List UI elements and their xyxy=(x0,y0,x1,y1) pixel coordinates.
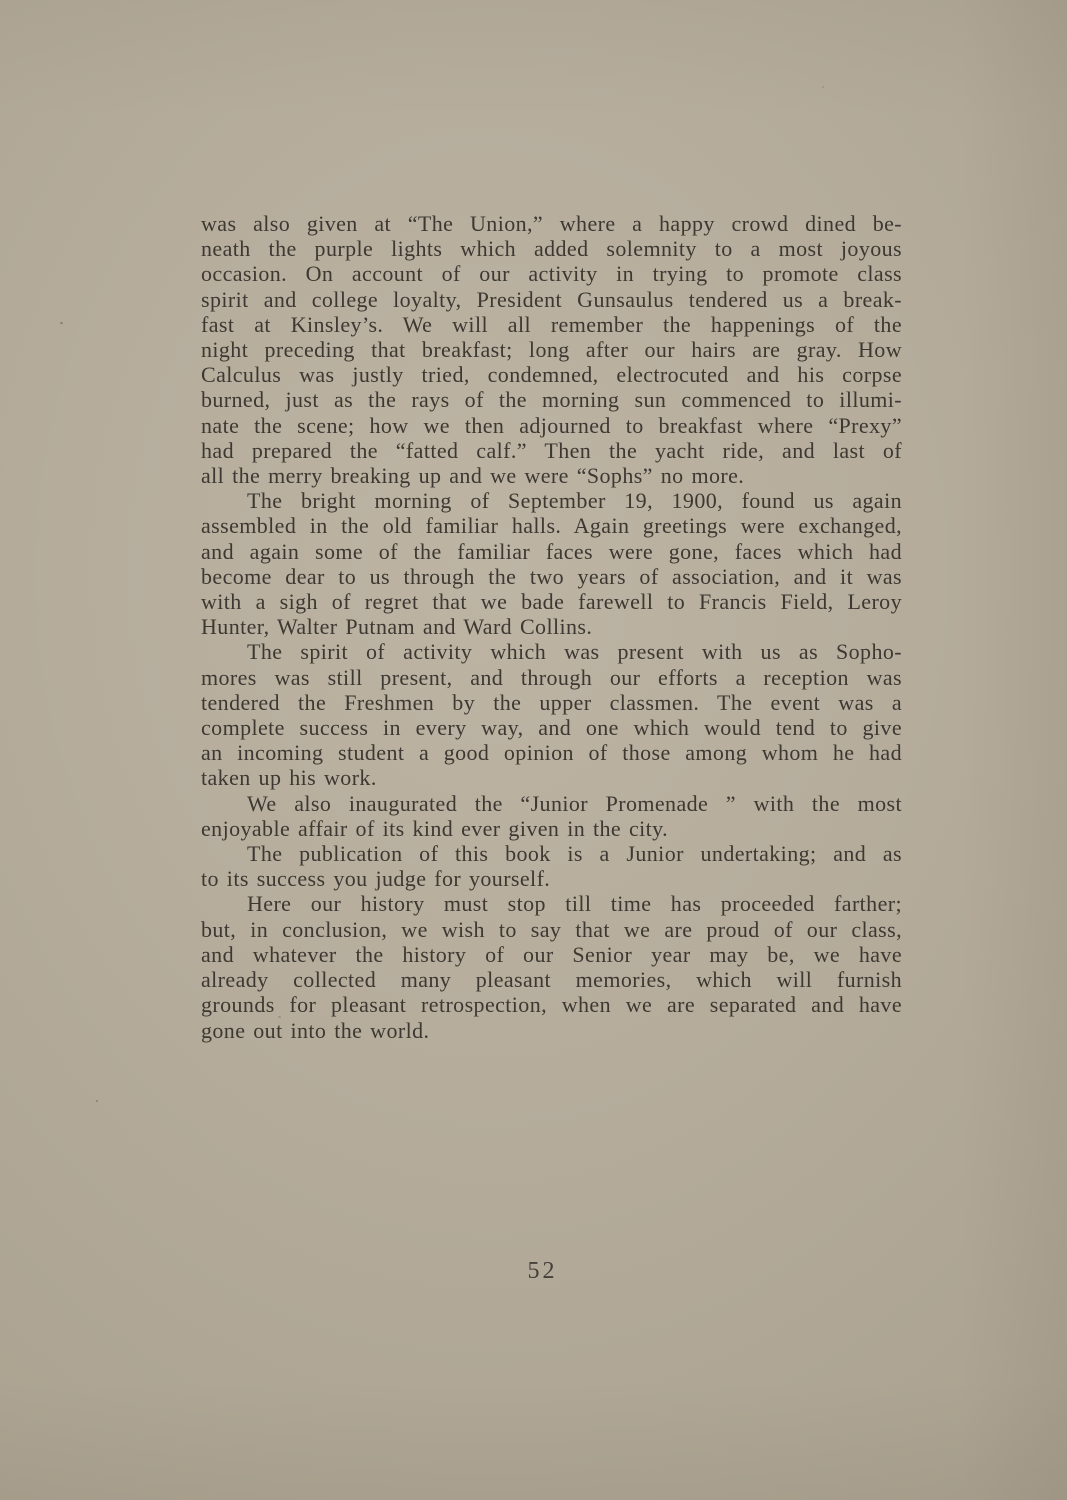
text-line: enjoyable affair of its kind ever given … xyxy=(201,816,902,841)
page-number-value: 52 xyxy=(528,1258,558,1284)
paragraph: The publication of this book is a Junior… xyxy=(201,841,902,891)
text-line: We also inaugurated the “Junior Promenad… xyxy=(201,791,902,816)
text-line: Hunter, Walter Putnam and Ward Collins. xyxy=(201,614,902,639)
text-line: tendered the Freshmen by the upper class… xyxy=(201,690,902,715)
text-line: all the merry breaking up and we were “S… xyxy=(201,463,902,488)
text-line: The spirit of activity which was present… xyxy=(201,639,902,664)
text-line: already collected many pleasant memories… xyxy=(201,967,902,992)
text-line: an incoming student a good opinion of th… xyxy=(201,740,902,765)
paragraph: The spirit of activity which was present… xyxy=(201,639,902,790)
paper-speck xyxy=(96,1100,98,1102)
text-line: Calculus was justly tried, condemned, el… xyxy=(201,362,902,387)
book-page: was also given at “The Union,” where a h… xyxy=(0,0,1067,1500)
text-line: The bright morning of September 19, 1900… xyxy=(201,488,902,513)
text-line: mores was still present, and through our… xyxy=(201,665,902,690)
text-line: gone out into the world. xyxy=(201,1018,902,1043)
text-line: was also given at “The Union,” where a h… xyxy=(201,211,902,236)
text-line: complete success in every way, and one w… xyxy=(201,715,902,740)
text-line: and whatever the history of our Senior y… xyxy=(201,942,902,967)
text-line: with a sigh of regret that we bade farew… xyxy=(201,589,902,614)
paragraph: We also inaugurated the “Junior Promenad… xyxy=(201,791,902,841)
text-line: occasion. On account of our activity in … xyxy=(201,261,902,286)
text-line: neath the purple lights which added sole… xyxy=(201,236,902,261)
paper-speck xyxy=(822,86,824,88)
text-line: Here our history must stop till time has… xyxy=(201,891,902,916)
text-line: night preceding that breakfast; long aft… xyxy=(201,337,902,362)
text-line: to its success you judge for yourself. xyxy=(201,866,902,891)
text-line: taken up his work. xyxy=(201,765,902,790)
page-number: 52 xyxy=(0,1258,1067,1285)
paragraph: Here our history must stop till time has… xyxy=(201,891,902,1042)
text-line: burned, just as the rays of the morning … xyxy=(201,387,902,412)
text-line: grounds for pleasant retrospection, when… xyxy=(201,992,902,1017)
text-line: had prepared the “fatted calf.” Then the… xyxy=(201,438,902,463)
page-text-block: was also given at “The Union,” where a h… xyxy=(201,211,902,1043)
paragraph: was also given at “The Union,” where a h… xyxy=(201,211,902,488)
text-line: nate the scene; how we then adjourned to… xyxy=(201,413,902,438)
paragraph: The bright morning of September 19, 1900… xyxy=(201,488,902,639)
text-line: assembled in the old familiar halls. Aga… xyxy=(201,513,902,538)
text-line: spirit and college loyalty, President Gu… xyxy=(201,287,902,312)
text-line: and again some of the familiar faces wer… xyxy=(201,539,902,564)
text-line: become dear to us through the two years … xyxy=(201,564,902,589)
text-line: fast at Kinsley’s. We will all remember … xyxy=(201,312,902,337)
text-line: The publication of this book is a Junior… xyxy=(201,841,902,866)
text-line: but, in conclusion, we wish to say that … xyxy=(201,917,902,942)
paper-speck xyxy=(60,322,63,324)
